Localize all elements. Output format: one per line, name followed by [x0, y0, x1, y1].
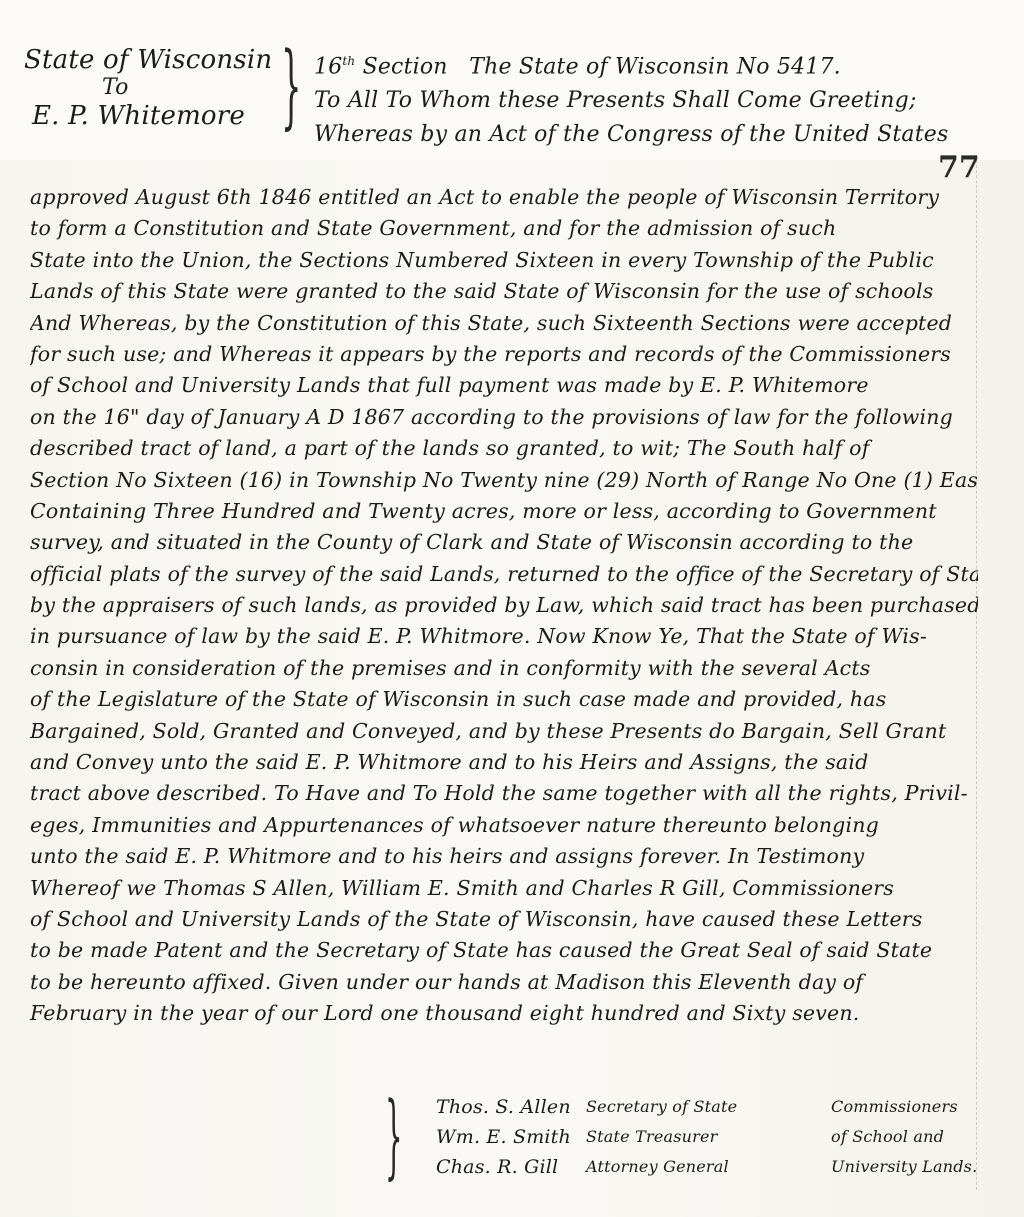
body-line: survey, and situated in the County of Cl… — [30, 527, 978, 558]
body-line: Containing Three Hundred and Twenty acre… — [30, 496, 978, 527]
body-line: of the Legislature of the State of Wisco… — [30, 684, 978, 715]
body-line: to form a Constitution and State Governm… — [30, 213, 978, 244]
body-line: to be made Patent and the Secretary of S… — [30, 935, 978, 966]
signer-title: State Treasurer — [586, 1122, 718, 1152]
body-line: approved August 6th 1846 entitled an Act… — [30, 182, 978, 213]
body-line: Section No Sixteen (16) in Township No T… — [30, 465, 978, 496]
body-line: described tract of land, a part of the l… — [30, 433, 978, 464]
body-line: And Whereas, by the Constitution of this… — [30, 308, 978, 339]
signer-name: Thos. S. Allen — [436, 1092, 571, 1122]
body-line: on the 16" day of January A D 1867 accor… — [30, 402, 978, 433]
signer-title: Secretary of State — [586, 1092, 737, 1122]
body-line: unto the said E. P. Whitmore and to his … — [30, 841, 978, 872]
brace-icon: } — [385, 1090, 403, 1182]
grantor: State of Wisconsin — [24, 44, 279, 76]
page-number: 77 — [938, 150, 980, 185]
document-header: State of Wisconsin To E. P. Whitemore } … — [0, 0, 1024, 160]
whereas-clause: Whereas by an Act of the Congress of the… — [314, 118, 994, 152]
signature-row: Wm. E. Smith State Treasurer of School a… — [436, 1122, 1016, 1152]
body-line: tract above described. To Have and To Ho… — [30, 778, 978, 809]
body-line: to be hereunto affixed. Given under our … — [30, 967, 978, 998]
body-line: official plats of the survey of the said… — [30, 559, 978, 590]
title-row: 16th Section The State of Wisconsin No 5… — [314, 44, 994, 84]
body-line: February in the year of our Lord one tho… — [30, 998, 978, 1029]
header-parties: State of Wisconsin To E. P. Whitemore — [24, 44, 279, 132]
patent-body: approved August 6th 1846 entitled an Act… — [30, 182, 978, 1030]
signer-group: of School and — [831, 1122, 944, 1152]
section-number: 16 — [314, 54, 342, 79]
signature-row: Chas. R. Gill Attorney General Universit… — [436, 1152, 1016, 1182]
signer-group: University Lands. — [831, 1152, 977, 1182]
body-line: Whereof we Thomas S Allen, William E. Sm… — [30, 873, 978, 904]
body-line: of School and University Lands of the St… — [30, 904, 978, 935]
signer-name: Chas. R. Gill — [436, 1152, 558, 1182]
body-line: Bargained, Sold, Granted and Conveyed, a… — [30, 716, 978, 747]
body-line: consin in consideration of the premises … — [30, 653, 978, 684]
header-title-block: 16th Section The State of Wisconsin No 5… — [314, 44, 994, 152]
signer-group: Commissioners — [831, 1092, 958, 1122]
grantee: E. P. Whitemore — [24, 100, 279, 132]
greeting: To All To Whom these Presents Shall Come… — [314, 84, 994, 118]
document-page: State of Wisconsin To E. P. Whitemore } … — [0, 0, 1024, 1217]
to-label: To — [24, 76, 279, 100]
body-line: for such use; and Whereas it appears by … — [30, 339, 978, 370]
patent-title: The State of Wisconsin No 5417. — [469, 54, 841, 79]
body-line: and Convey unto the said E. P. Whitmore … — [30, 747, 978, 778]
signer-title: Attorney General — [586, 1152, 729, 1182]
body-line: eges, Immunities and Appurtenances of wh… — [30, 810, 978, 841]
body-line: State into the Union, the Sections Numbe… — [30, 245, 978, 276]
body-line: by the appraisers of such lands, as prov… — [30, 590, 978, 621]
section-superscript: th — [342, 54, 355, 68]
signer-name: Wm. E. Smith — [436, 1122, 571, 1152]
signature-row: Thos. S. Allen Secretary of State Commis… — [436, 1092, 1016, 1122]
body-line: Lands of this State were granted to the … — [30, 276, 978, 307]
brace-icon: } — [281, 40, 301, 132]
signature-block: Thos. S. Allen Secretary of State Commis… — [436, 1092, 1016, 1182]
section-label: Section — [363, 54, 448, 79]
body-line: in pursuance of law by the said E. P. Wh… — [30, 621, 978, 652]
body-line: of School and University Lands that full… — [30, 370, 978, 401]
